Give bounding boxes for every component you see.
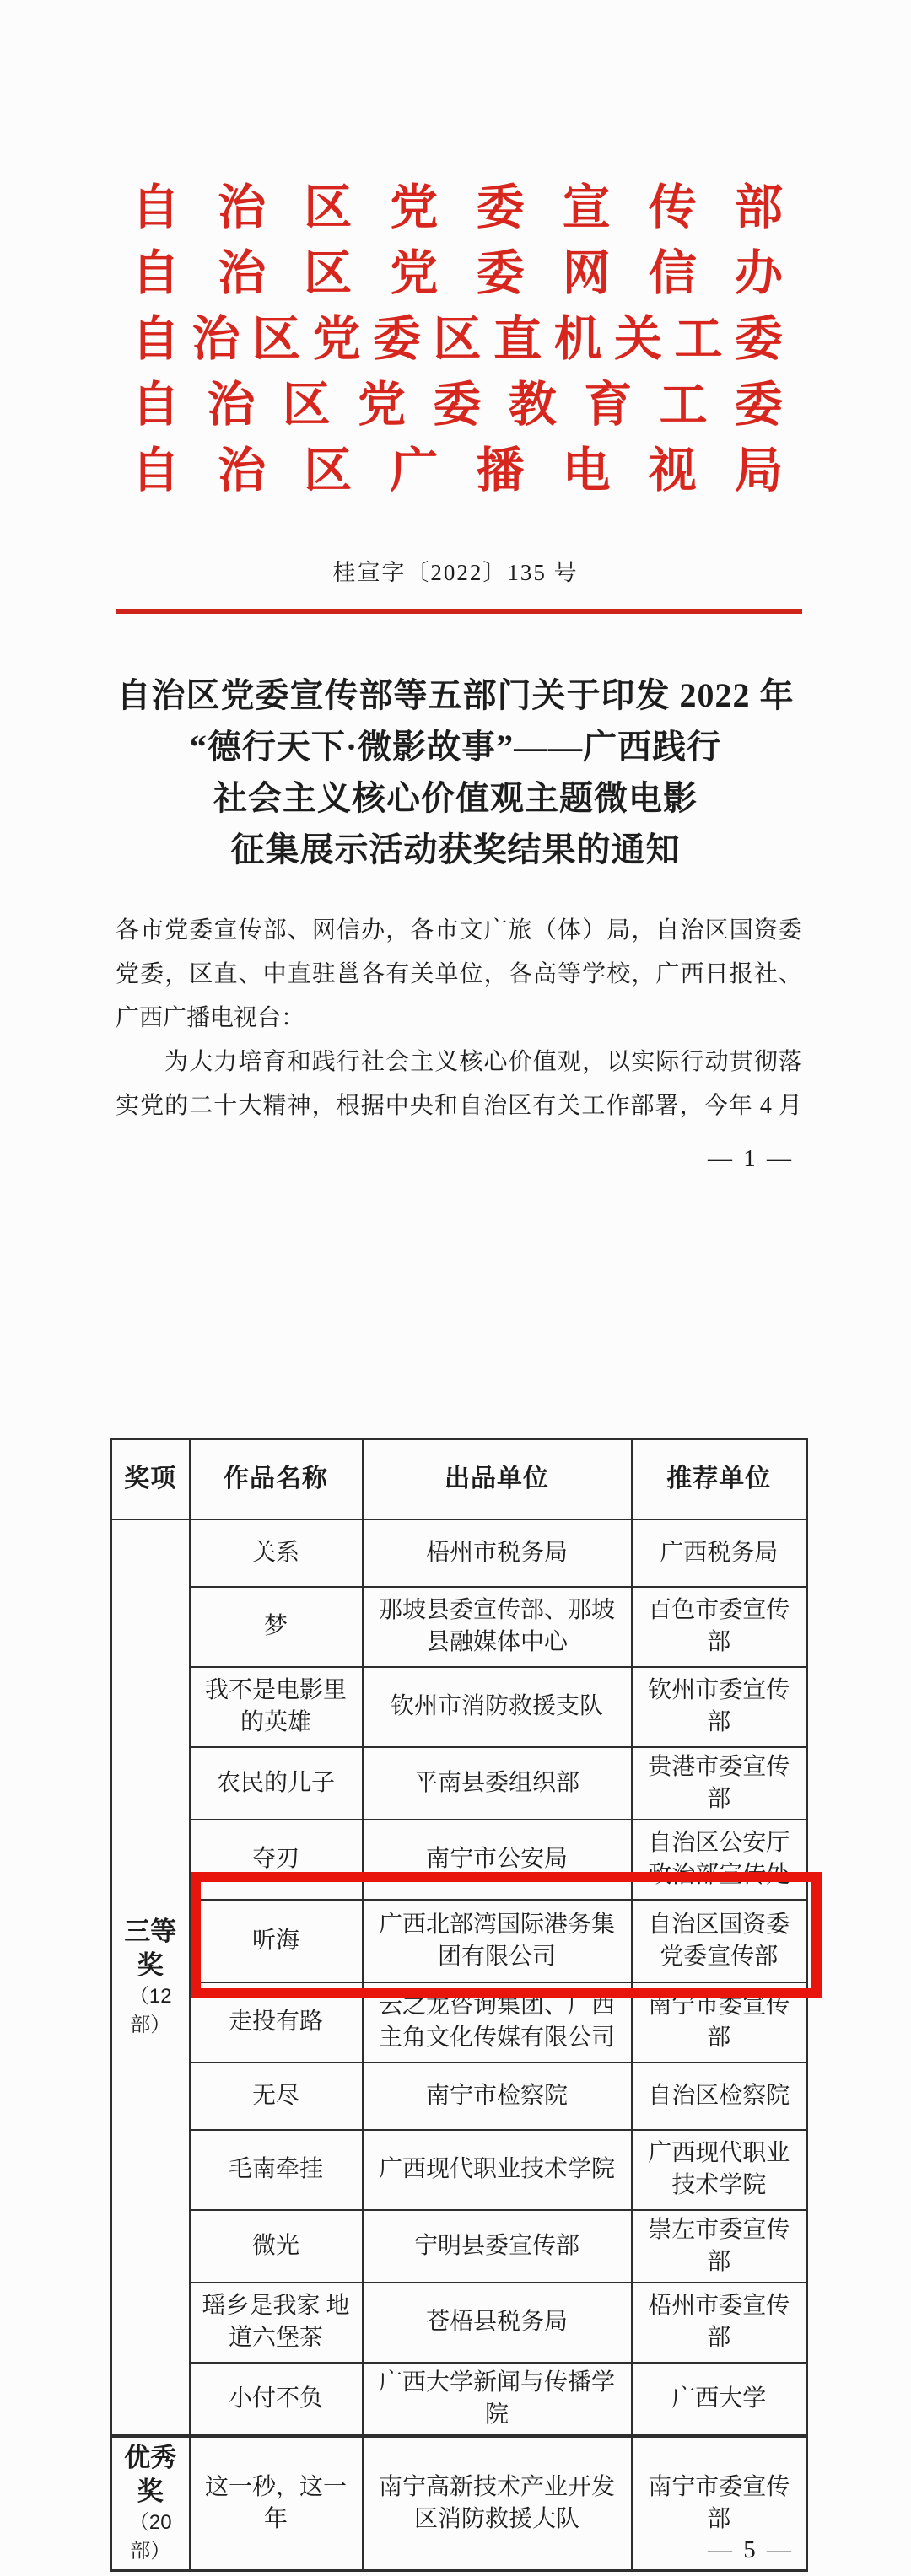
work-title-cell: 微光 — [190, 2210, 363, 2283]
table-row: 我不是电影里的英雄 钦州市消防救援支队 钦州市委宣传部 — [111, 1667, 807, 1747]
table-row: 毛南牵挂 广西现代职业技术学院 广西现代职业技术学院 — [111, 2130, 807, 2210]
table-row: 小付不负 广西大学新闻与传播学院 广西大学 — [111, 2363, 807, 2436]
letterhead: 自治区党委宣传部 自治区党委网信办 自治区党委区直机关工委 自治区党委教育工委 … — [132, 184, 783, 513]
award-group-cell: 三等奖 （12 部） — [111, 1519, 190, 2436]
page-number-1: — 1 — — [116, 1145, 794, 1173]
body-line: 实党的二十大精神，根据中央和自治区有关工作部署，今年 4 月 — [116, 1084, 802, 1128]
work-title-cell: 农民的儿子 — [190, 1747, 363, 1820]
recommender-cell: 广西现代职业技术学院 — [632, 2130, 807, 2210]
column-header-recommender: 推荐单位 — [632, 1439, 807, 1519]
column-header-award: 奖项 — [111, 1439, 190, 1519]
recommender-cell: 广西大学 — [632, 2363, 807, 2436]
work-title-cell: 瑶乡是我家 地道六堡茶 — [190, 2283, 363, 2363]
letterhead-line: 自治区党委区直机关工委 — [132, 315, 783, 363]
document-title: 自治区党委宣传部等五部门关于印发 2022 年 “德行天下·微影故事”——广西践… — [0, 670, 911, 875]
awards-table: 奖项 作品名称 出品单位 推荐单位 三等奖 （12 部） 关系 梧州市税务局 广… — [110, 1438, 808, 2572]
column-header-producer: 出品单位 — [363, 1439, 632, 1519]
award-group-label: 优秀奖 — [117, 2441, 184, 2509]
table-row: 无尽 南宁市检察院 自治区检察院 — [111, 2062, 807, 2130]
body-line: 为大力培育和践行社会主义核心价值观，以实际行动贯彻落 — [116, 1041, 802, 1084]
producer-cell: 广西大学新闻与传播学院 — [363, 2363, 632, 2436]
work-title-cell: 我不是电影里的英雄 — [190, 1667, 363, 1747]
highlight-box — [191, 1872, 822, 1998]
producer-cell: 苍梧县税务局 — [363, 2283, 632, 2363]
recommender-cell: 钦州市委宣传部 — [632, 1667, 807, 1747]
work-title-cell: 小付不负 — [190, 2363, 363, 2436]
producer-cell: 广西现代职业技术学院 — [363, 2130, 632, 2210]
body-line: 党委，区直、中直驻邕各有关单位，各高等学校，广西日报社、 — [116, 953, 802, 997]
document-number: 桂宣字〔2022〕135 号 — [0, 558, 911, 587]
work-title-cell: 关系 — [190, 1519, 363, 1587]
red-divider-rule — [116, 609, 802, 614]
producer-cell: 那坡县委宣传部、那坡县融媒体中心 — [363, 1587, 632, 1667]
body-line: 各市党委宣传部、网信办，各市文广旅（体）局，自治区国资委 — [116, 909, 802, 953]
table-row: 梦 那坡县委宣传部、那坡县融媒体中心 百色市委宣传部 — [111, 1587, 807, 1667]
producer-cell: 南宁市检察院 — [363, 2062, 632, 2130]
letterhead-line: 自治区党委宣传部 — [132, 184, 783, 232]
recommender-cell: 广西税务局 — [632, 1519, 807, 1587]
table-row: 三等奖 （12 部） 关系 梧州市税务局 广西税务局 — [111, 1519, 807, 1587]
table-row: 微光 宁明县委宣传部 崇左市委宣传部 — [111, 2210, 807, 2283]
work-title-cell: 毛南牵挂 — [190, 2130, 363, 2210]
table-row: 瑶乡是我家 地道六堡茶 苍梧县税务局 梧州市委宣传部 — [111, 2283, 807, 2363]
award-group-count: （12 部） — [117, 1982, 184, 2040]
title-line: 社会主义核心价值观主题微电影 — [0, 772, 911, 824]
producer-cell: 钦州市消防救援支队 — [363, 1667, 632, 1747]
letterhead-line: 自治区党委教育工委 — [132, 381, 783, 429]
recommender-cell: 自治区检察院 — [632, 2062, 807, 2130]
title-line: 征集展示活动获奖结果的通知 — [0, 824, 911, 875]
column-header-work: 作品名称 — [190, 1439, 363, 1519]
producer-cell: 宁明县委宣传部 — [363, 2210, 632, 2283]
award-group-label: 三等奖 — [117, 1915, 184, 1982]
body-line: 广西广播电视台： — [116, 997, 802, 1041]
work-title-cell: 无尽 — [190, 2062, 363, 2130]
producer-cell: 梧州市税务局 — [363, 1519, 632, 1587]
recommender-cell: 崇左市委宣传部 — [632, 2210, 807, 2283]
title-line: “德行天下·微影故事”——广西践行 — [0, 721, 911, 772]
table-row: 农民的儿子 平南县委组织部 贵港市委宣传部 — [111, 1747, 807, 1820]
letterhead-line: 自治区党委网信办 — [132, 250, 783, 298]
letterhead-line: 自治区广播电视局 — [132, 447, 783, 495]
page-number-5: — 5 — — [116, 2536, 806, 2564]
title-line: 自治区党委宣传部等五部门关于印发 2022 年 — [0, 670, 911, 721]
recommender-cell: 梧州市委宣传部 — [632, 2283, 807, 2363]
document-body: 各市党委宣传部、网信办，各市文广旅（体）局，自治区国资委 党委，区直、中直驻邕各… — [116, 909, 802, 1128]
work-title-cell: 梦 — [190, 1587, 363, 1667]
table-header-row: 奖项 作品名称 出品单位 推荐单位 — [111, 1439, 807, 1519]
recommender-cell: 贵港市委宣传部 — [632, 1747, 807, 1820]
producer-cell: 平南县委组织部 — [363, 1747, 632, 1820]
recommender-cell: 百色市委宣传部 — [632, 1587, 807, 1667]
